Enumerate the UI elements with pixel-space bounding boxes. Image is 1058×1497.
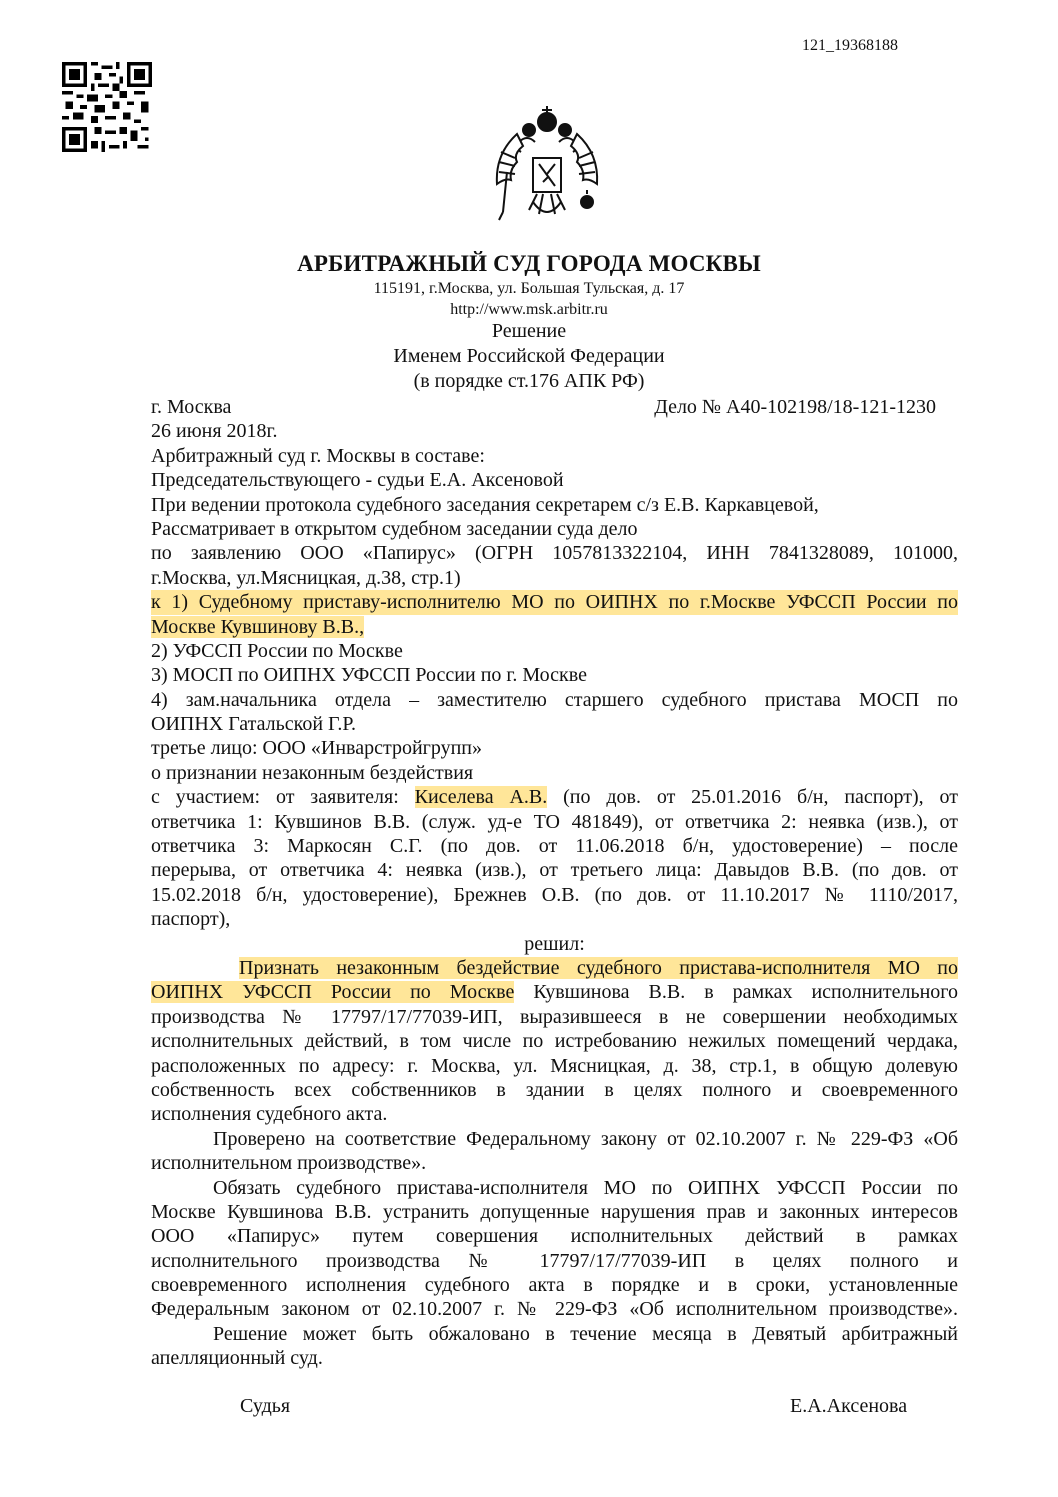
respondent-2: 2) УФССП России по Москве [151, 639, 958, 663]
court-address: 115191, г.Москва, ул. Большая Тульская, … [0, 280, 1058, 298]
ruling-1-line-3: производства № 17797/17/77039-ИП, вырази… [151, 1005, 958, 1029]
respondent-3: 3) МОСП по ОИПНХ УФССП России по г. Моск… [151, 663, 958, 687]
participation-line-5: 15.02.2018 б/н, удостоверение), Брежнев … [151, 883, 958, 907]
respondent-1-highlight: Москве Кувшинову В.В., [151, 616, 364, 638]
respondent-4-line-2: ОИПНХ Гатальской Г.Р. [151, 712, 958, 736]
ruling-1-line-1: Признать незаконным бездействие судебног… [151, 956, 958, 980]
participation-line-6: паспорт), [151, 907, 958, 931]
applicant-representative: Киселева А.В. [415, 786, 548, 808]
ruling-1-line-7: исполнения судебного акта. [151, 1102, 958, 1126]
coat-of-arms-icon [487, 102, 607, 229]
applicant-line-1: по заявлению ООО «Папирус» (ОГРН 1057813… [151, 541, 958, 565]
ruling-1-line-6: собственность всех собственников в здани… [151, 1078, 958, 1102]
court-name: АРБИТРАЖНЫЙ СУД ГОРОДА МОСКВЫ [0, 251, 1058, 277]
court-composition: Арбитражный суд г. Москвы в составе: [151, 444, 958, 468]
ruling-1-rest: Кувшинова В.В. в рамках исполнительного [514, 981, 958, 1003]
respondent-4-line-1: 4) зам.начальника отдела – заместителю с… [151, 688, 958, 712]
in-name-of: Именем Российской Федерации [0, 345, 1058, 368]
case-number: Дело № А40-102198/18-121-1230 [654, 395, 936, 419]
ruling-3-line-1: Обязать судебного пристава-исполнителя М… [151, 1176, 958, 1200]
ruling-3-line-2: Москве Кувшинова В.В. устранить допущенн… [151, 1200, 958, 1224]
ruling-3-line-6: Федеральным законом от 02.10.2007 г. № 2… [151, 1297, 958, 1321]
signature-name: Е.А.Аксенова [790, 1395, 907, 1418]
ruling-1-line-5: расположенных по адресу: г. Москва, ул. … [151, 1054, 958, 1078]
ruling-1-highlight-2: ОИПНХ УФССП России по Москве [151, 981, 514, 1003]
participation-prefix: с участием: от заявителя: [151, 786, 415, 808]
ruling-1-line-4: исполнительных действий, в том числе по … [151, 1029, 958, 1053]
procedure-reference: (в порядке ст.176 АПК РФ) [0, 370, 1058, 393]
decided-heading: решил: [151, 932, 958, 956]
ruling-1-highlight-1: Признать незаконным бездействие судебног… [239, 957, 958, 979]
city-case-row: г. Москва Дело № А40-102198/18-121-1230 [151, 395, 958, 419]
ruling-3-line-4: исполнительного производства № 17797/17/… [151, 1249, 958, 1273]
presiding-judge: Председательствующего - судьи Е.А. Аксен… [151, 468, 958, 492]
signature-role: Судья [240, 1395, 290, 1418]
participation-line-3: ответчика 3: Маркосян С.Г. (по дов. от 1… [151, 834, 958, 858]
participation-line-1: с участием: от заявителя: Киселева А.В. … [151, 785, 958, 809]
ruling-1-line-2: ОИПНХ УФССП России по Москве Кувшинова В… [151, 980, 958, 1004]
ruling-3-line-3: ООО «Папирус» путем совершения исполните… [151, 1224, 958, 1248]
ruling-2-line-1: Проверено на соответствие Федеральному з… [151, 1127, 958, 1151]
applicant-line-2: г.Москва, ул.Мясницкая, д.38, стр.1) [151, 566, 958, 590]
subject: о признании незаконным бездействия [151, 761, 958, 785]
secretary: При ведении протокола судебного заседани… [151, 493, 958, 517]
ruling-2-line-2: исполнительном производстве». [151, 1151, 958, 1175]
third-party: третье лицо: ООО «Инварстройгрупп» [151, 736, 958, 760]
ruling-4-line-2: апелляционный суд. [151, 1346, 958, 1370]
participation-line-2: ответчика 1: Кувшинов В.В. (служ. уд-е Т… [151, 810, 958, 834]
ruling-4-line-1: Решение может быть обжаловано в течение … [151, 1322, 958, 1346]
court-website[interactable]: http://www.msk.arbitr.ru [0, 301, 1058, 319]
city: г. Москва [151, 395, 231, 419]
participation-line-4: перерыва, от ответчика 4: неявка (изв.),… [151, 858, 958, 882]
qr-code-icon [62, 62, 152, 152]
document-type: Решение [0, 320, 1058, 343]
document-id: 121_19368188 [802, 37, 898, 55]
document-body: г. Москва Дело № А40-102198/18-121-1230 … [151, 395, 958, 1371]
decision-date: 26 июня 2018г. [151, 419, 958, 443]
respondent-1-line-2: Москве Кувшинову В.В., [151, 615, 958, 639]
hearing-statement: Рассматривает в открытом судебном заседа… [151, 517, 958, 541]
ruling-3-line-5: своевременного исполнения судебного акта… [151, 1273, 958, 1297]
participation-rest: (по дов. от 25.01.2016 б/н, паспорт), от [547, 786, 958, 808]
respondent-1-line-1: к 1) Судебному приставу-исполнителю МО п… [151, 590, 958, 614]
